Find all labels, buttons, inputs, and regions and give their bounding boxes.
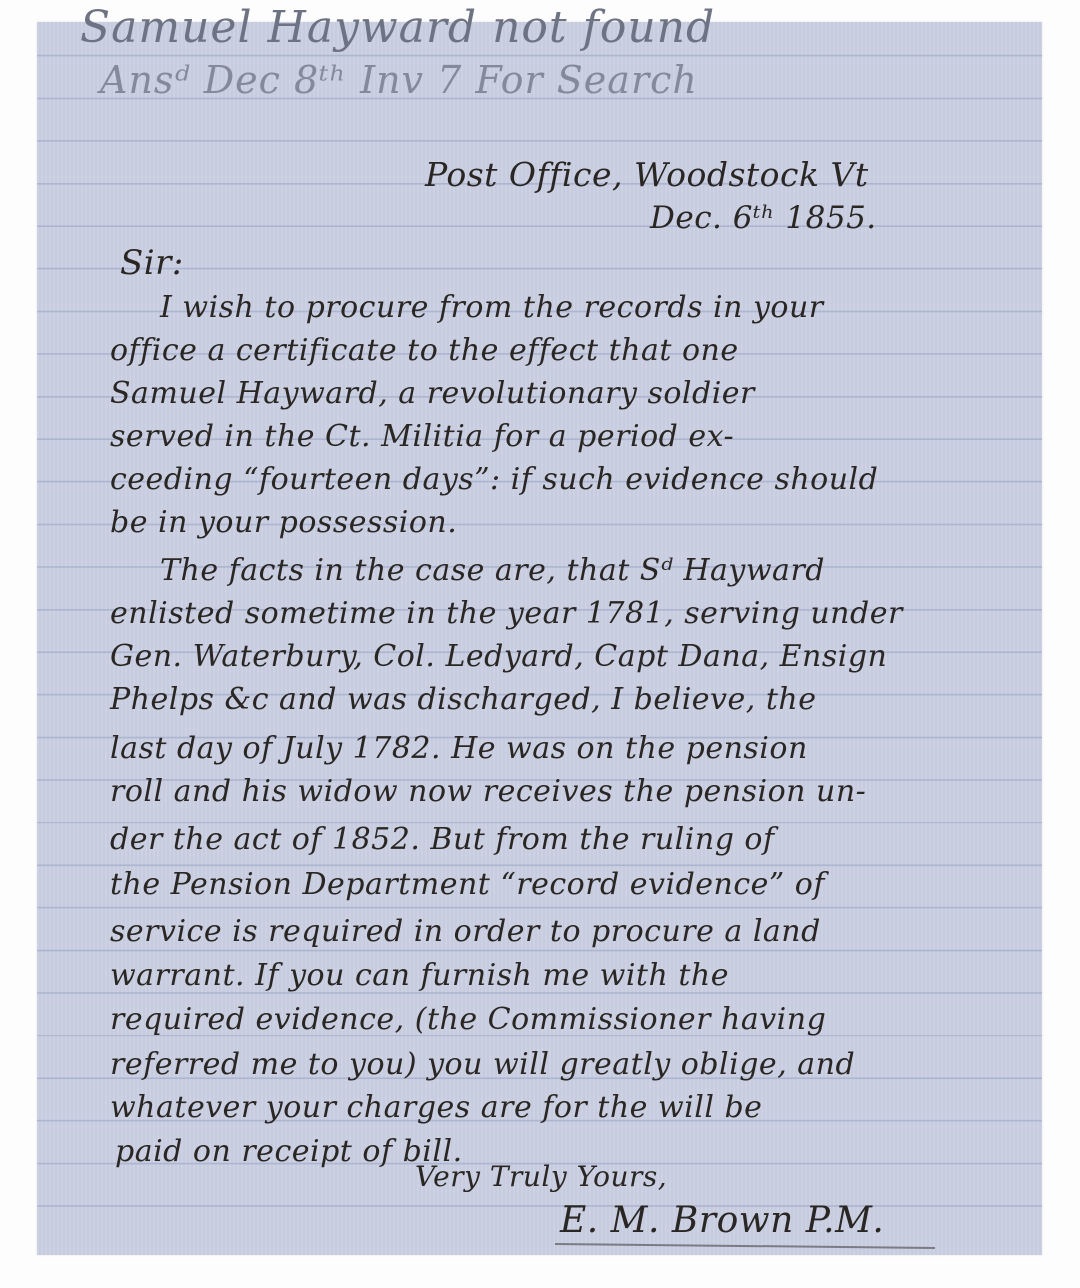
letter-closing: Very Truly Yours, xyxy=(415,1160,667,1193)
letter-date: Dec. 6ᵗʰ 1855. xyxy=(650,200,877,236)
body-line: service is required in order to procure … xyxy=(110,914,821,949)
pencil-annotation-line-1: Samuel Hayward not found xyxy=(80,2,715,53)
body-line: ceeding “fourteen days”: if such evidenc… xyxy=(110,462,878,497)
body-line: served in the Ct. Militia for a period e… xyxy=(110,419,734,454)
body-line: I wish to procure from the records in yo… xyxy=(160,290,824,325)
letter-place: Post Office, Woodstock Vt xyxy=(425,155,869,194)
signature: E. M. Brown P.M. xyxy=(560,1200,884,1241)
body-line: required evidence, (the Commissioner hav… xyxy=(110,1002,826,1037)
body-line: warrant. If you can furnish me with the xyxy=(110,958,729,993)
body-line: whatever your charges are for the will b… xyxy=(110,1090,762,1125)
salutation: Sir: xyxy=(120,243,184,283)
body-line: enlisted sometime in the year 1781, serv… xyxy=(110,596,903,631)
body-line: last day of July 1782. He was on the pen… xyxy=(110,731,808,766)
pencil-annotation-line-2: Ansᵈ Dec 8ᵗʰ Inv 7 For Search xyxy=(100,58,698,102)
body-line: referred me to you) you will greatly obl… xyxy=(110,1047,855,1082)
body-line: paid on receipt of bill. xyxy=(115,1134,463,1169)
body-line: roll and his widow now receives the pens… xyxy=(110,774,866,809)
body-line: Gen. Waterbury, Col. Ledyard, Capt Dana,… xyxy=(110,639,887,674)
body-line: office a certificate to the effect that … xyxy=(110,333,739,368)
body-line: the Pension Department “record evidence”… xyxy=(110,867,825,902)
body-line: Phelps &c and was discharged, I believe,… xyxy=(110,682,816,717)
body-line: be in your possession. xyxy=(110,505,457,540)
body-line: der the act of 1852. But from the ruling… xyxy=(110,822,775,857)
body-line: The facts in the case are, that Sᵈ Haywa… xyxy=(160,553,825,588)
body-line: Samuel Hayward, a revolutionary soldier xyxy=(110,376,755,411)
